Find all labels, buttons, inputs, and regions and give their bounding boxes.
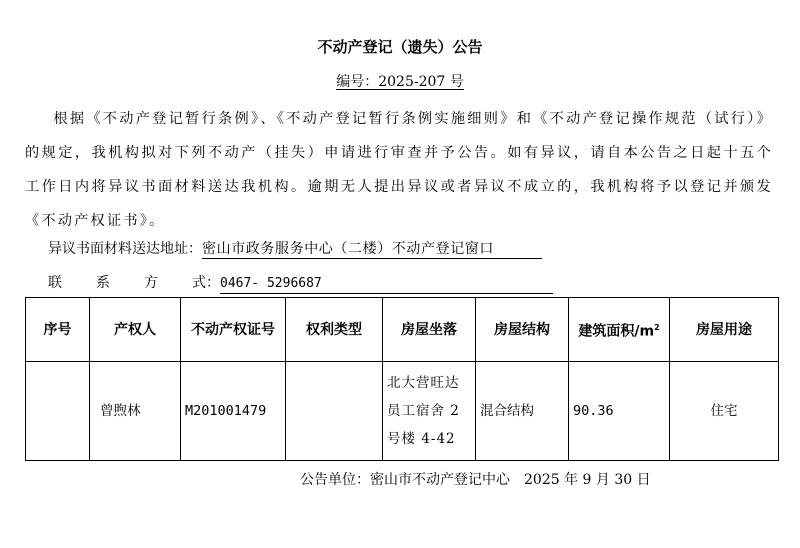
document-number-text: 编号：2025-207 号	[336, 74, 464, 90]
contact-label-char: 式：	[192, 275, 220, 291]
header-right-type: 权利类型	[286, 298, 383, 362]
header-owner: 产权人	[90, 298, 181, 362]
header-structure: 房屋结构	[476, 298, 569, 362]
cell-index	[26, 362, 90, 461]
notice-title: 不动产登记（遗失）公告	[0, 36, 800, 57]
table-row: 曾煦林 M201001479 北大营旺达员工宿舍 2 号楼 4-42 混合结构 …	[26, 362, 779, 461]
header-area: 建筑面积/m2	[569, 298, 670, 362]
issue-date: 2025 年 9 月 30 日	[524, 472, 651, 488]
contact-label-char: 方	[144, 275, 158, 291]
contact-label-char: 系	[96, 275, 110, 291]
issuer-text: 公告单位：密山市不动产登记中心	[300, 472, 510, 488]
objection-address-field: 异议书面材料送达地址：密山市政务服务中心（二楼）不动产登记窗口	[48, 238, 542, 259]
cell-right-type	[286, 362, 383, 461]
header-certificate-no: 不动产权证号	[181, 298, 286, 362]
cell-usage: 住宅	[670, 362, 779, 461]
contact-field: 联系方式：0467- 5296687	[48, 272, 553, 294]
objection-address-value: 密山市政务服务中心（二楼）不动产登记窗口	[202, 240, 542, 259]
notice-body-paragraph: 根据《不动产登记暂行条例》、《不动产登记暂行条例实施细则》和《不动产登记操作规范…	[25, 102, 773, 238]
header-area-sup: 2	[654, 323, 660, 332]
cell-certificate-no: M201001479	[181, 362, 286, 461]
contact-label-char: 联	[48, 275, 62, 291]
cell-area: 90.36	[569, 362, 670, 461]
objection-address-label: 异议书面材料送达地址：	[48, 241, 202, 257]
contact-phone-value: 0467- 5296687	[220, 275, 553, 294]
header-index: 序号	[26, 298, 90, 362]
table-header-row: 序号 产权人 不动产权证号 权利类型 房屋坐落 房屋结构 建筑面积/m2 房屋用…	[26, 298, 779, 362]
cell-structure: 混合结构	[476, 362, 569, 461]
cell-owner: 曾煦林	[90, 362, 181, 461]
notice-footer: 公告单位：密山市不动产登记中心2025 年 9 月 30 日	[300, 469, 651, 489]
header-area-text: 建筑面积/m	[578, 323, 654, 339]
header-usage: 房屋用途	[670, 298, 779, 362]
cell-location: 北大营旺达员工宿舍 2 号楼 4-42	[383, 362, 476, 461]
registration-table: 序号 产权人 不动产权证号 权利类型 房屋坐落 房屋结构 建筑面积/m2 房屋用…	[25, 297, 779, 461]
header-location: 房屋坐落	[383, 298, 476, 362]
document-number: 编号：2025-207 号	[0, 71, 800, 91]
